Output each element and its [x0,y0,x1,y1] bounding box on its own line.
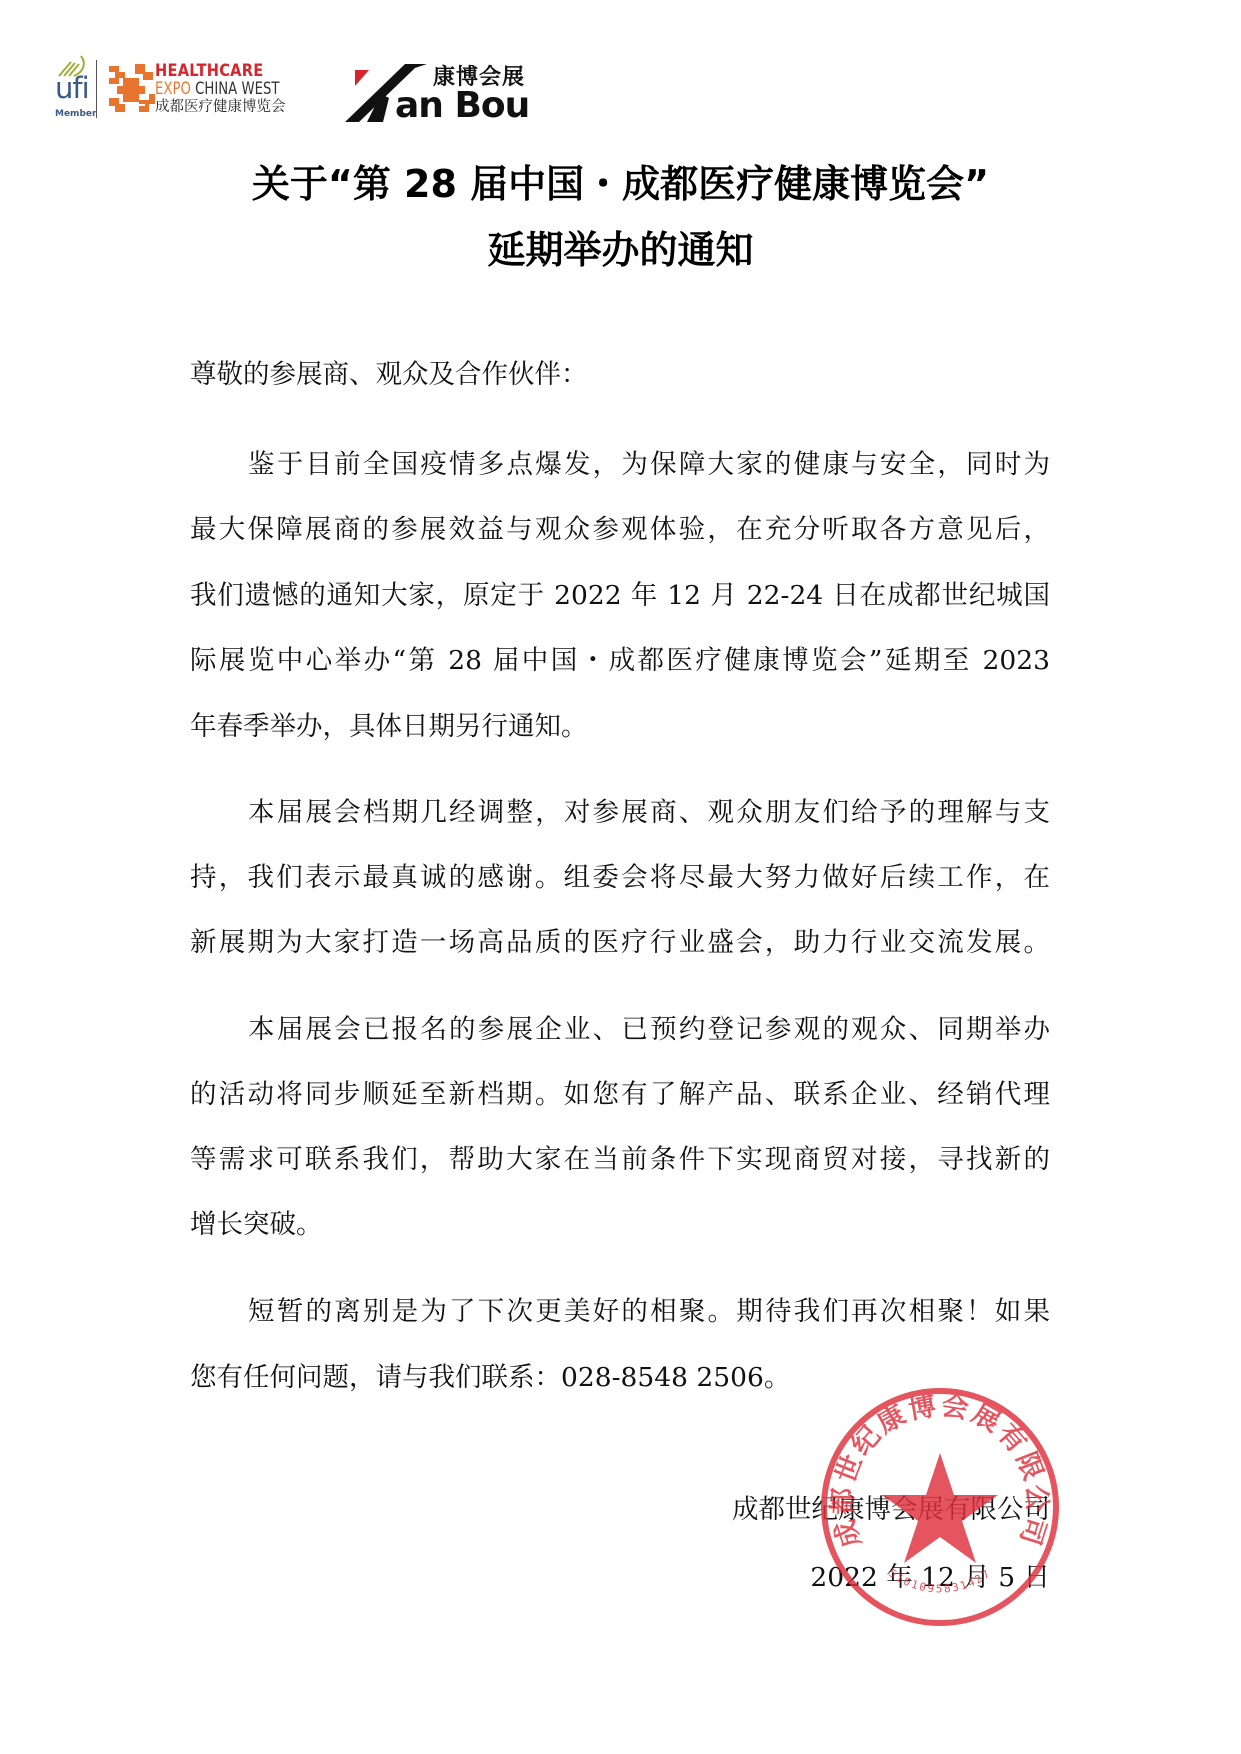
kanbou-en-name: an Bou [395,86,529,126]
paragraph-1-line: 鉴于目前全国疫情多点爆发，为保障大家的健康与安全，同时为 [248,448,1050,482]
ufi-member-label: Member [55,109,96,119]
healthcare-logo-line2: EXPO CHINA WEST [155,80,295,98]
paragraph-3-line: 本届展会已报名的参展企业、已预约登记参观的观众、同期举办 [248,1013,1050,1047]
paragraph-2-line: 新展期为大家打造一场高品质的医疗行业盛会，助力行业交流发展。 [190,926,1050,960]
company-seal-stamp-icon: 成都世纪康博会展有限公司 5101095831427 [818,1385,1062,1629]
healthcare-logo-line1: HEALTHCARE [155,62,310,80]
kanbou-logo: 康博会展 an Bou [345,60,545,124]
logo-bar: ufi Member HEALTHCARE EXPO CHINA WEST 成都… [55,52,555,124]
healthcare-expo-mark-icon [105,60,157,120]
logo-divider [96,60,97,118]
paragraph-1-line: 际展览中心举办“第 28 届中国・成都医疗健康博览会”延期至 2023 [190,644,1050,678]
paragraph-3-line: 的活动将同步顺延至新档期。如您有了解产品、联系企业、经销代理 [190,1078,1050,1112]
paragraph-2-line: 持，我们表示最真诚的感谢。组委会将尽最大努力做好后续工作，在 [190,861,1050,895]
paragraph-1-line: 年春季举办，具体日期另行通知。 [190,710,1050,744]
paragraph-3-line: 等需求可联系我们，帮助大家在当前条件下实现商贸对接，寻找新的 [190,1143,1050,1177]
notice-title-line1: 关于“第 28 届中国・成都医疗健康博览会” [0,162,1241,206]
paragraph-1-line: 我们遗憾的通知大家，原定于 2022 年 12 月 22-24 日在成都世纪城国 [190,579,1050,613]
svg-text:5101095831427: 5101095831427 [886,1566,994,1595]
ufi-text: ufi [55,74,89,103]
paragraph-4-line: 短暂的离别是为了下次更美好的相聚。期待我们再次相聚！如果 [248,1295,1050,1329]
greeting: 尊敬的参展商、观众及合作伙伴： [190,358,1050,392]
paragraph-2-line: 本届展会档期几经调整，对参展商、观众朋友们给予的理解与支 [248,796,1050,830]
notice-title-line2: 延期举办的通知 [0,228,1241,272]
paragraph-1-line: 最大保障展商的参展效益与观众参观体验，在充分听取各方意见后， [190,513,1050,547]
healthcare-logo-line3: 成都医疗健康博览会 [155,98,335,117]
healthcare-expo-logo: HEALTHCARE EXPO CHINA WEST 成都医疗健康博览会 [155,62,335,117]
paragraph-3-line: 增长突破。 [190,1208,1050,1242]
notice-page: ufi Member HEALTHCARE EXPO CHINA WEST 成都… [0,0,1241,1754]
